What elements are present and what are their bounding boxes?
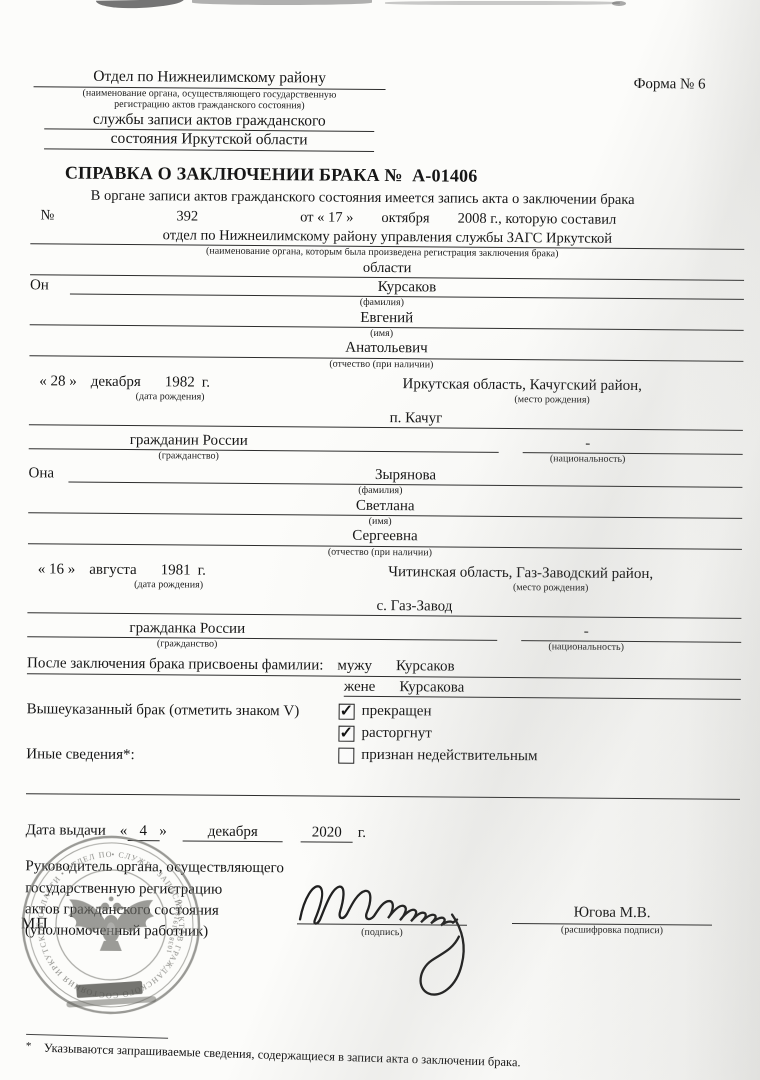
checkbox-label: признан недействительным — [361, 747, 537, 765]
official-round-seal: • СЛУЖБА ЗАПИСИ АКТОВ ГРАЖДАНСКОГО СОСТО… — [18, 832, 204, 1018]
birth-place-caption: (место рождения) — [361, 393, 743, 407]
birth-place-caption: (место рождения) — [360, 581, 742, 595]
wife-label: Она — [28, 465, 68, 482]
record-month: октября — [381, 209, 429, 228]
double-eagle-emblem — [68, 896, 154, 951]
record-number-value: 392 — [176, 207, 198, 225]
marriage-status-label: Вышеуказанный брак (отметить знаком V) — [27, 700, 339, 721]
checkbox-invalid — [338, 747, 354, 763]
signer-name: Югова М.В. — [512, 904, 712, 926]
marriage-status-left: Вышеуказанный брак (отметить знаком V) И… — [26, 700, 339, 768]
other-info-blank-line — [26, 792, 740, 800]
husband-new-surname: Курсаков — [396, 657, 455, 676]
status-option-dissolved: расторгнут — [338, 725, 537, 744]
scanned-marriage-certificate: Отдел по Нижнеилимскому району (наименов… — [0, 0, 760, 1080]
birth-date-caption: (дата рождения) — [39, 391, 361, 405]
birth-year: 1982 — [165, 373, 195, 392]
status-option-terminated: прекращен — [339, 703, 538, 722]
citizenship-caption: (гражданство) — [27, 637, 497, 652]
marriage-status-block: Вышеуказанный брак (отметить знаком V) И… — [26, 700, 740, 772]
checkbox-label: прекращен — [362, 703, 432, 721]
org-name-line: состояния Иркутской области — [44, 130, 374, 152]
wife-birth-date: « 16 » августа 1981 г. — [38, 560, 300, 580]
wife-birth-place-continued: с. Газ-Завод — [27, 594, 741, 619]
org-name-line: Отдел по Нижнеилимскому району — [34, 67, 386, 89]
issue-year-suffix: г. — [358, 825, 366, 842]
record-date-prefix: от « 17 » — [300, 208, 353, 227]
husband-label: Он — [30, 277, 70, 294]
birth-year-suffix: г. — [202, 374, 210, 392]
checkbox-dissolved — [338, 725, 354, 741]
checkbox-terminated — [339, 703, 355, 719]
record-year-text: 2008 г., которую составил — [458, 210, 617, 229]
signature-caption: (подпись) — [297, 926, 467, 939]
after-marriage-wife-row: жене Курсакова — [344, 677, 741, 700]
signer-name-caption: (расшифровка подписи) — [512, 924, 712, 937]
org-name-line: службы записи актов гражданского — [44, 110, 374, 132]
citizenship-caption: (гражданство) — [29, 450, 499, 465]
wife-new-surname: Курсакова — [399, 678, 464, 697]
husband-label-short: мужу — [337, 656, 372, 675]
birth-day: « 28 » — [39, 372, 77, 391]
issue-year: 2020 — [301, 825, 353, 843]
form-number-label: Форма № 6 — [633, 72, 706, 154]
birth-month: декабря — [91, 373, 141, 392]
record-number-label: № — [40, 206, 54, 224]
marriage-status-options: прекращен расторгнут признан недействите… — [338, 703, 538, 771]
page-title: СПРАВКА О ЗАКЛЮЧЕНИИ БРАКА № А-01406 — [65, 162, 760, 188]
after-marriage-label: После заключения брака присвоены фамилии… — [27, 654, 324, 675]
footnote-separator — [26, 1034, 168, 1039]
husband-birth-date: « 28 » декабря 1982 г. — [39, 372, 301, 392]
issuing-org-block: Отдел по Нижнеилимскому району (наименов… — [33, 67, 386, 152]
svg-text:• СЛУЖБА ЗАПИСИ АКТОВ ГРАЖДАНС: • СЛУЖБА ЗАПИСИ АКТОВ ГРАЖДАНСКОГО СОСТО… — [18, 832, 186, 1000]
birth-year-suffix: г. — [198, 562, 206, 580]
form-header: Отдел по Нижнеилимскому району (наименов… — [3, 67, 760, 155]
other-info-label: Иные сведения*: — [26, 746, 338, 765]
document-body: Отдел по Нижнеилимскому району (наименов… — [0, 0, 760, 1080]
footnote: * Указываются запрашиваемые сведения, со… — [26, 1040, 726, 1076]
footnote-text: Указываются запрашиваемые сведения, соде… — [44, 1041, 521, 1071]
husband-nationality: - — [523, 435, 743, 455]
birth-date-caption: (дата рождения) — [38, 579, 360, 593]
seal-ring-text: • СЛУЖБА ЗАПИСИ АКТОВ ГРАЖДАНСКОГО СОСТО… — [18, 832, 186, 1000]
birth-month: августа — [89, 561, 137, 580]
checkbox-label: расторгнут — [361, 725, 432, 743]
wife-nationality: - — [521, 623, 741, 643]
footnote-asterisk: * — [26, 1040, 44, 1056]
birth-year: 1981 — [161, 561, 191, 580]
status-option-invalid: признан недействительным — [338, 747, 537, 766]
nationality-caption: (национальность) — [521, 641, 741, 654]
nationality-caption: (национальность) — [523, 453, 743, 466]
wife-label-short: жене — [344, 677, 376, 696]
intro-line: В органе записи актов гражданского состо… — [91, 186, 743, 209]
husband-birth-place-continued: п. Качуг — [29, 406, 743, 431]
birth-day: « 16 » — [38, 560, 76, 579]
signer-name-block: Югова М.В. (расшифровка подписи) — [512, 904, 712, 937]
after-marriage-husband-row: После заключения брака присвоены фамилии… — [27, 654, 741, 679]
